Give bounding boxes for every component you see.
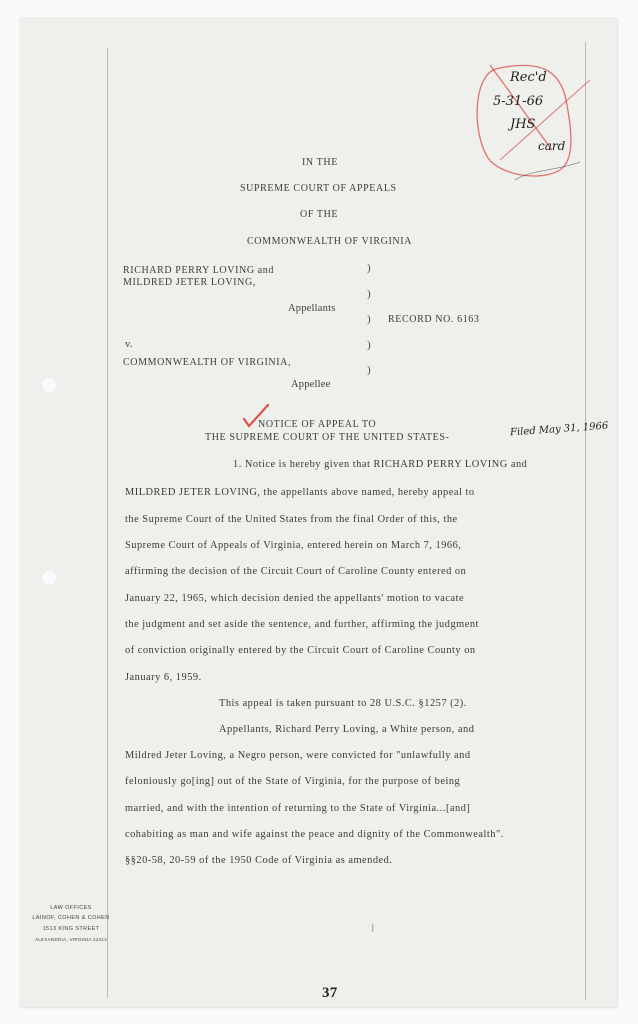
law-office-label: LAW OFFICES: [28, 905, 114, 911]
stamp-received: Rec'd: [510, 70, 547, 85]
law-office-street: 1513 KING STREET: [28, 926, 114, 932]
page-tick: |: [372, 922, 374, 932]
received-stamp-annotation: [0, 0, 638, 1024]
law-office-city: ALEXANDRIA, VIRGINIA 22314: [28, 937, 114, 942]
stamp-date: 5-31-66: [493, 94, 543, 109]
page-number: 37: [322, 985, 337, 1002]
stamp-initials: JHS: [510, 117, 535, 132]
law-office-firm: LAINOF, COHEN & COHEN: [28, 915, 114, 921]
stamp-card: card: [538, 139, 565, 153]
